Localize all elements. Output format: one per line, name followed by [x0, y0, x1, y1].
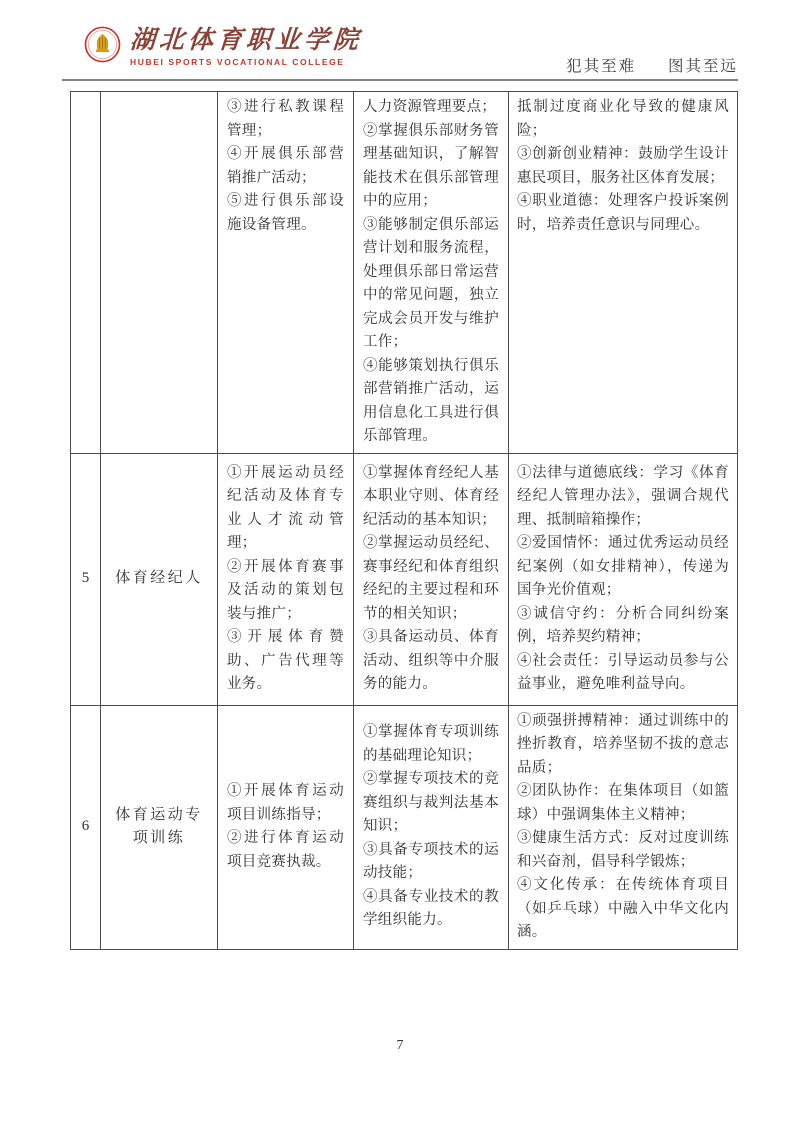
- motto-phrase-1: 犯其至难: [566, 58, 636, 75]
- values-education-cell: 抵制过度商业化导致的健康风险；③创新创业精神：鼓励学生设计惠民项目，服务社区体育…: [509, 92, 738, 454]
- knowledge-skills-cell: ①掌握体育专项训练的基础理论知识；②掌握专项技术的竞赛组织与裁判法基本知识；③具…: [354, 705, 509, 949]
- row-category-cell: 体育经纪人: [101, 453, 218, 705]
- work-tasks-cell: ①开展体育运动项目训练指导；②进行体育运动项目竞赛执裁。: [218, 705, 354, 949]
- knowledge-skills-cell: 人力资源管理要点；②掌握俱乐部财务管理基础知识，了解智能技术在俱乐部管理中的应用…: [354, 92, 509, 454]
- college-name-english: HUBEI SPORTS VOCATIONAL COLLEGE: [130, 57, 362, 67]
- row-number-cell: 6: [71, 705, 101, 949]
- college-brand: 湖北体育职业学院 HUBEI SPORTS VOCATIONAL COLLEGE: [84, 26, 362, 67]
- table-row: 6 体育运动专项训练 ①开展体育运动项目训练指导；②进行体育运动项目竞赛执裁。 …: [71, 705, 738, 949]
- row-number-cell: 5: [71, 453, 101, 705]
- table-row: 5 体育经纪人 ①开展运动员经纪活动及体育专业人才流动管理；②开展体育赛事及活动…: [71, 453, 738, 705]
- header-divider: [62, 79, 738, 81]
- college-motto: 犯其至难 图其至远: [566, 54, 738, 76]
- row-number-cell: [71, 92, 101, 454]
- college-name-block: 湖北体育职业学院 HUBEI SPORTS VOCATIONAL COLLEGE: [130, 26, 362, 67]
- row-category-cell: 体育运动专项训练: [101, 705, 218, 949]
- training-spec-table: ③进行私教课程管理；④开展俱乐部营销推广活动；⑤进行俱乐部设施设备管理。 人力资…: [70, 91, 738, 950]
- values-education-cell: ①法律与道德底线：学习《体育经纪人管理办法》，强调合规代理、抵制暗箱操作；②爱国…: [509, 453, 738, 705]
- table-row-continuation: ③进行私教课程管理；④开展俱乐部营销推广活动；⑤进行俱乐部设施设备管理。 人力资…: [71, 92, 738, 454]
- motto-phrase-2: 图其至远: [668, 58, 738, 75]
- college-seal-icon: [84, 26, 121, 63]
- knowledge-skills-cell: ①掌握体育经纪人基本职业守则、体育经纪活动的基本知识；②掌握运动员经纪、赛事经纪…: [354, 453, 509, 705]
- document-page: 湖北体育职业学院 HUBEI SPORTS VOCATIONAL COLLEGE…: [0, 0, 800, 1131]
- page-number: 7: [0, 1038, 800, 1054]
- work-tasks-cell: ③进行私教课程管理；④开展俱乐部营销推广活动；⑤进行俱乐部设施设备管理。: [218, 92, 354, 454]
- college-name-chinese: 湖北体育职业学院: [129, 26, 363, 56]
- values-education-cell: ①顽强拼搏精神：通过训练中的挫折教育，培养坚韧不拔的意志品质；②团队协作：在集体…: [509, 705, 738, 949]
- work-tasks-cell: ①开展运动员经纪活动及体育专业人才流动管理；②开展体育赛事及活动的策划包装与推广…: [218, 453, 354, 705]
- row-category-cell: [101, 92, 218, 454]
